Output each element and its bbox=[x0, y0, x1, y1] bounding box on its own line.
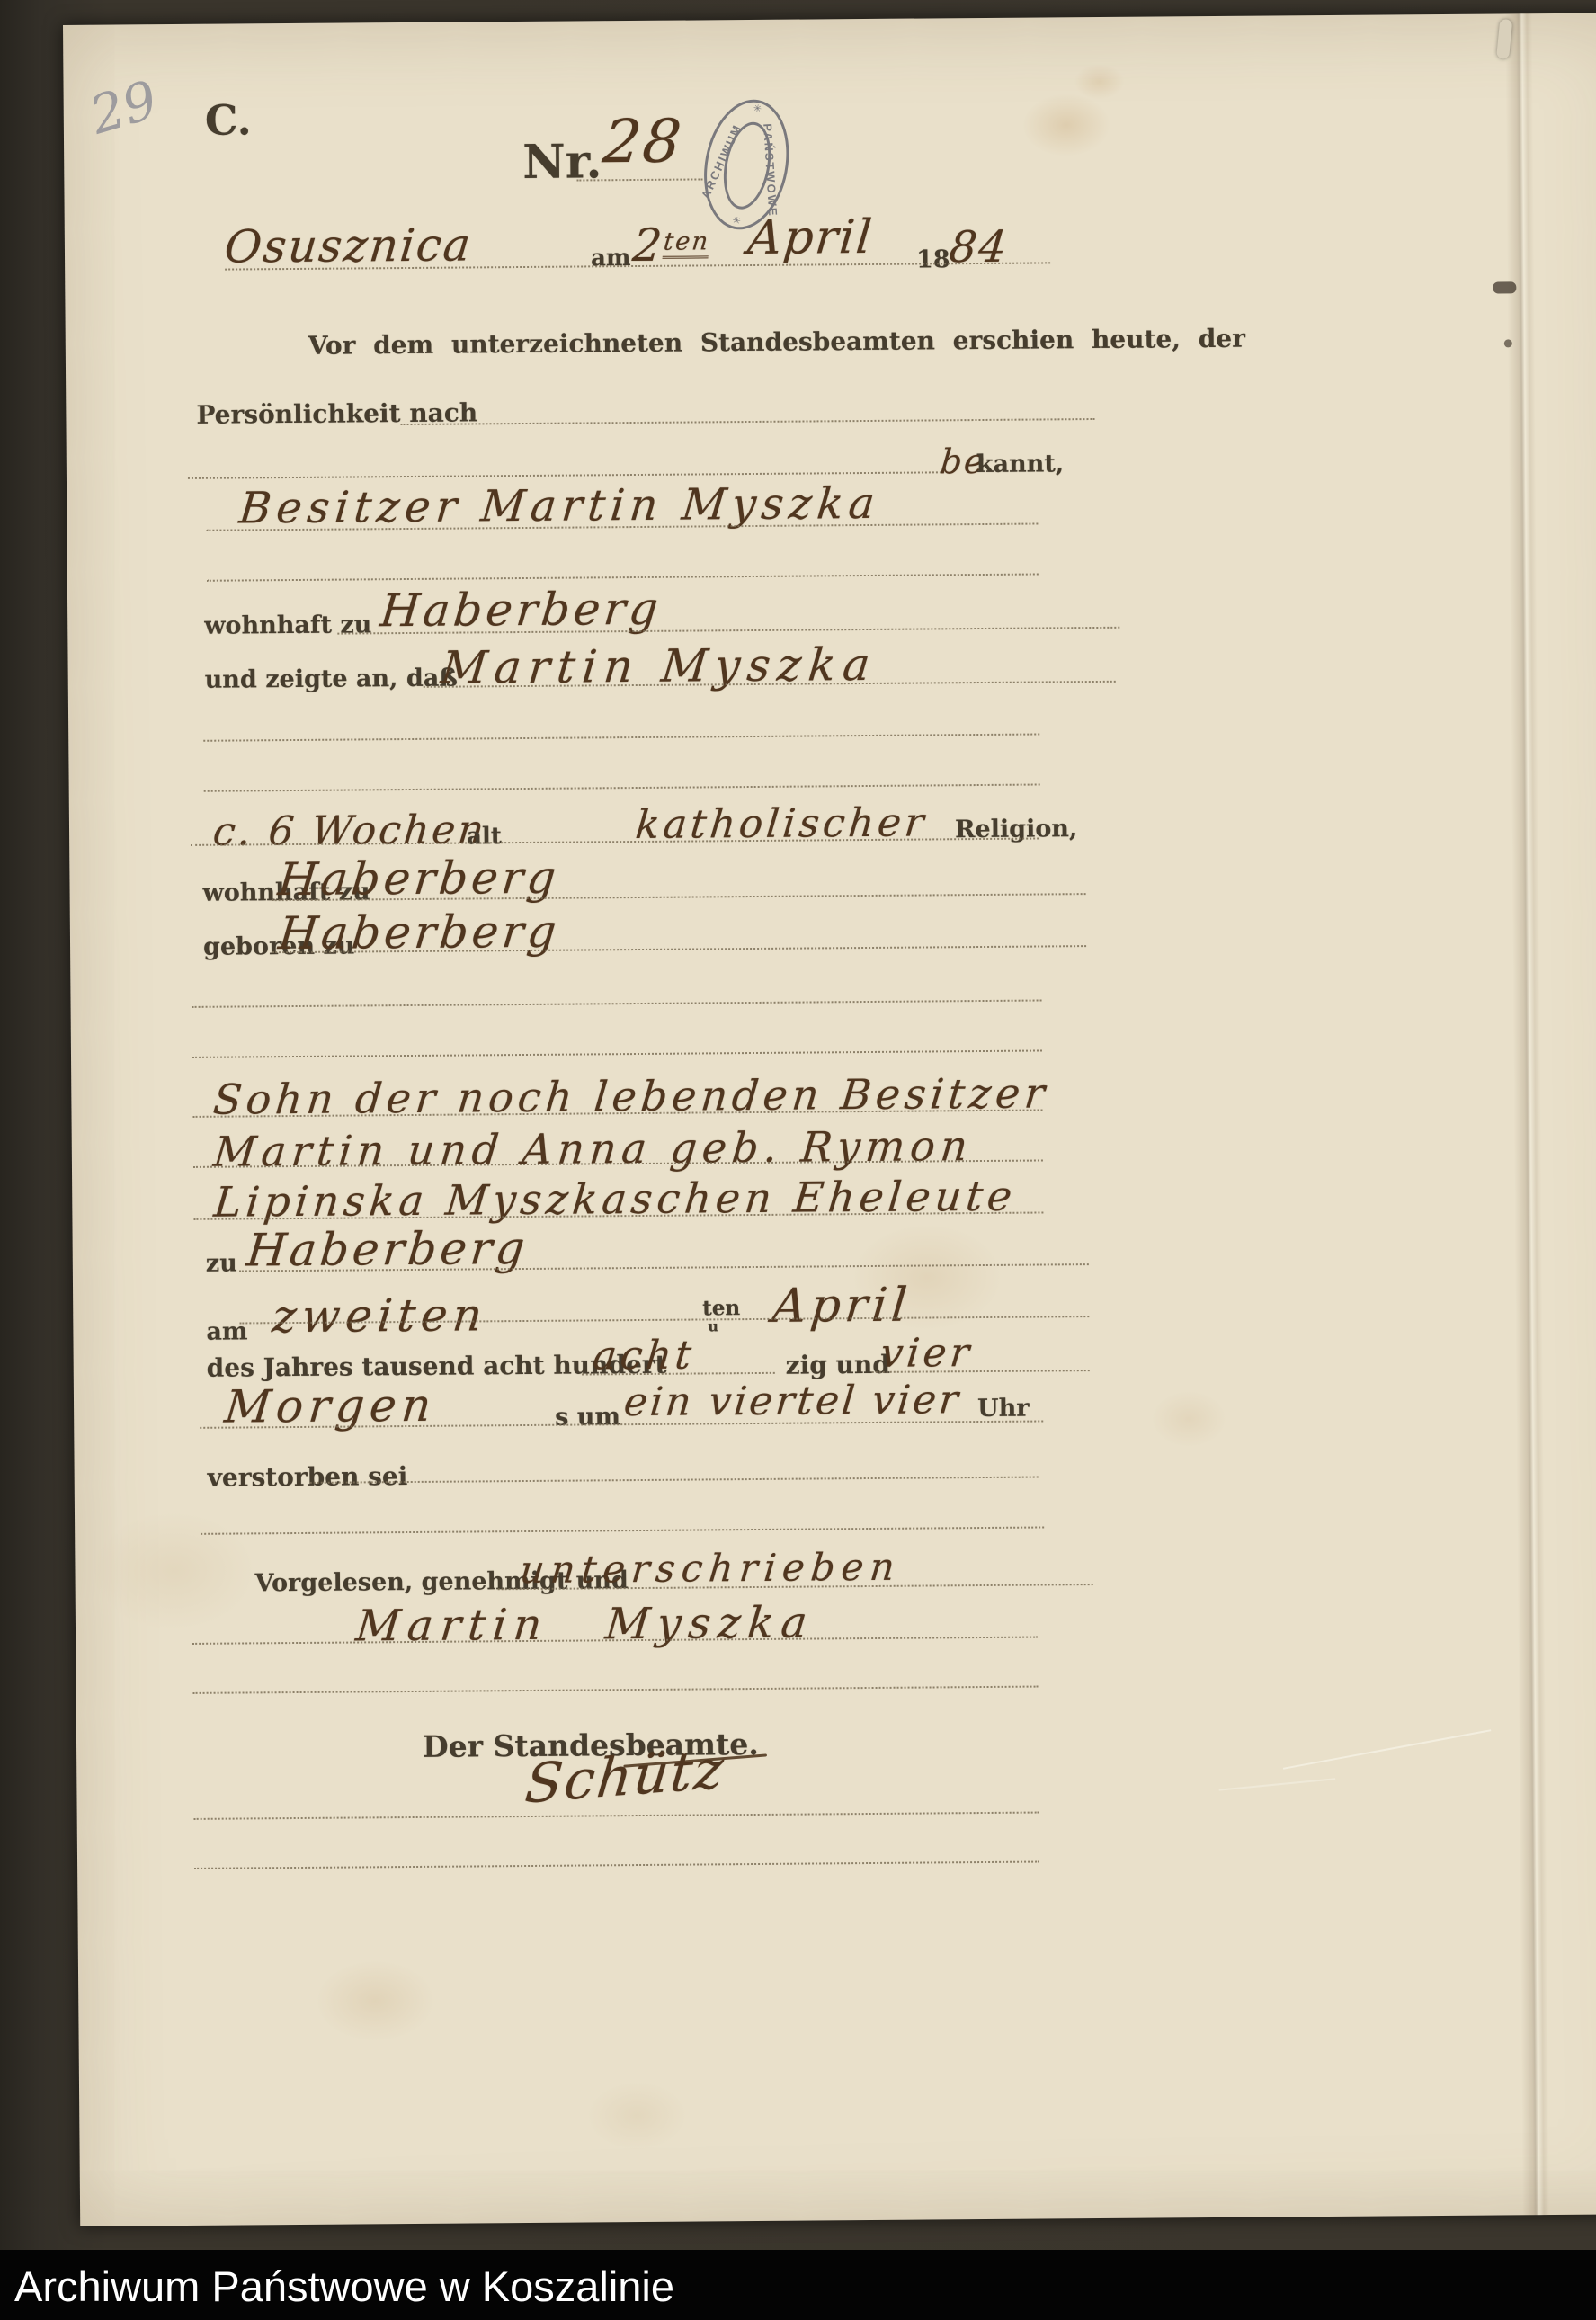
stitch-mark bbox=[1504, 339, 1512, 347]
form-dotted-line bbox=[310, 1477, 1039, 1484]
declarant-name: Besitzer Martin Myszka bbox=[237, 481, 882, 531]
deathday-suffix-sub: u bbox=[708, 1318, 718, 1334]
record-number-value: 28 bbox=[601, 111, 686, 174]
residence2-value: Haberberg bbox=[276, 854, 562, 904]
deathday-suffix: ten bbox=[702, 1297, 740, 1320]
place-value: Osusznica bbox=[222, 221, 474, 271]
date-prefix-label: am bbox=[591, 245, 631, 272]
registrar-signature: Schütz bbox=[522, 1742, 727, 1814]
time-unit-label: Uhr bbox=[977, 1396, 1030, 1423]
residence-label: wohnhaft zu bbox=[204, 611, 371, 639]
form-dotted-line bbox=[204, 783, 1040, 791]
footer-label: Archiwum Państwowe w Koszalinie bbox=[14, 2250, 674, 2320]
form-dotted-line bbox=[201, 1526, 1044, 1534]
deathplace-value: Haberberg bbox=[245, 1225, 531, 1274]
time-value: ein viertel vier bbox=[622, 1379, 963, 1423]
attestation-handwritten: unterschrieben bbox=[518, 1548, 902, 1590]
notify-label: und zeigte an, daß bbox=[205, 665, 458, 694]
form-dotted-line bbox=[576, 178, 702, 181]
date-century-printed: 18 bbox=[916, 246, 950, 273]
age-label: alt bbox=[467, 824, 502, 850]
deathmonth-value: April bbox=[771, 1281, 914, 1332]
date-day-suffix: ten bbox=[662, 227, 710, 258]
deathplace-label: zu bbox=[206, 1251, 237, 1278]
date-day-value: 2ten bbox=[630, 221, 711, 269]
daytime-printed: s um bbox=[555, 1404, 620, 1431]
document-page: 29 C. Nr. 28 ARCHIWUM PAŃSTWOWE ✳ ✳ Osus… bbox=[63, 13, 1596, 2226]
death-year-units-value: vier bbox=[878, 1333, 975, 1375]
death-year-tens-value: acht bbox=[591, 1335, 696, 1378]
form-section-letter: C. bbox=[205, 97, 252, 143]
form-dotted-line bbox=[193, 1686, 1039, 1694]
footer-bar: Archiwum Państwowe w Koszalinie bbox=[0, 2250, 1596, 2320]
fold-crack bbox=[1283, 1729, 1491, 1770]
closing-label: verstorben sei bbox=[208, 1463, 408, 1493]
pencil-page-number: 29 bbox=[84, 68, 165, 146]
form-dotted-line bbox=[194, 1812, 1039, 1820]
daytime-value: Morgen bbox=[223, 1382, 439, 1431]
age-value: c. 6 Wochen bbox=[211, 809, 488, 853]
date-month-value: April bbox=[745, 213, 875, 263]
residence-value: Haberberg bbox=[379, 585, 664, 635]
form-dotted-line bbox=[192, 999, 1042, 1007]
stitch-mark bbox=[1493, 281, 1516, 293]
known-printed: kannt, bbox=[976, 451, 1065, 477]
form-dotted-line bbox=[192, 1049, 1042, 1057]
form-dotted-line bbox=[194, 1861, 1039, 1869]
form-dotted-line bbox=[207, 573, 1039, 581]
death-year-mid-printed: zig und bbox=[786, 1352, 890, 1380]
form-dotted-line bbox=[203, 733, 1039, 741]
intro-text: Vor dem unterzeichneten Standesbeamten e… bbox=[308, 326, 1245, 361]
form-dotted-line bbox=[400, 418, 1094, 425]
fold-crack bbox=[1219, 1778, 1336, 1790]
deathday-value: zweiten bbox=[271, 1291, 490, 1340]
